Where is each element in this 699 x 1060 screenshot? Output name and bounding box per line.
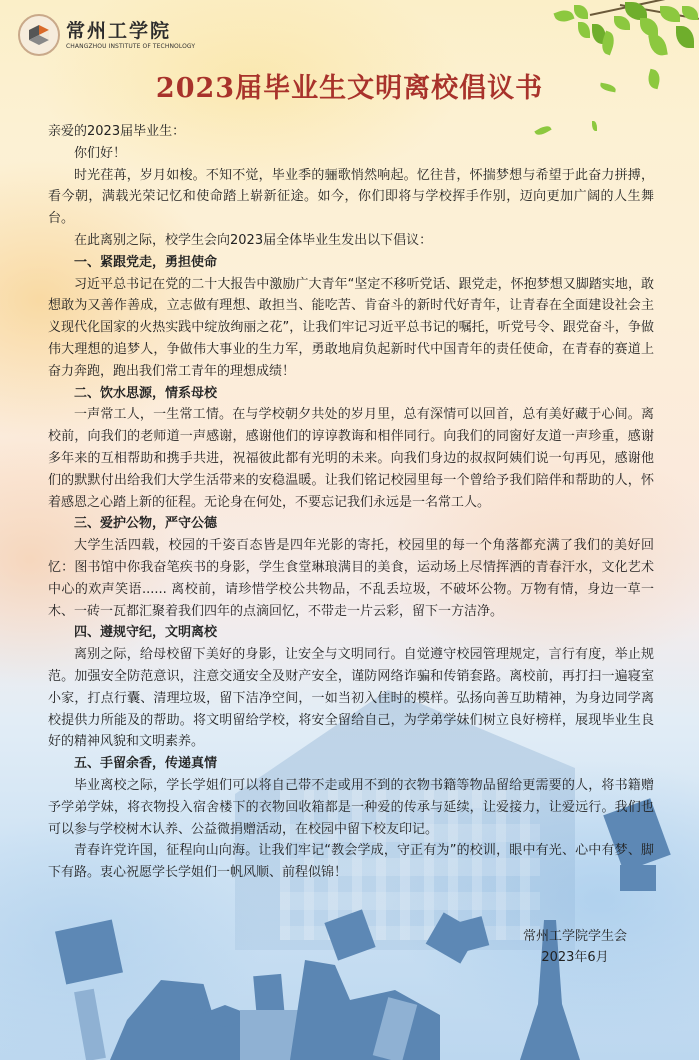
intro-paragraph: 时光荏苒，岁月如梭。不知不觉，毕业季的骊歌悄然响起。忆往昔，怀揣梦想与希望于此奋…	[48, 165, 654, 230]
section-body: 大学生活四载，校园的千姿百态皆是四年光影的寄托，校园里的每一个角落都充满了我们的…	[48, 535, 654, 622]
school-logo: 常州工学院 CHANGZHOU INSTITUTE OF TECHNOLOGY	[18, 14, 195, 56]
school-name-en: CHANGZHOU INSTITUTE OF TECHNOLOGY	[66, 42, 195, 51]
section-body: 习近平总书记在党的二十大报告中激励广大青年“坚定不移听党话、跟党走，怀抱梦想又脚…	[48, 274, 654, 383]
section-body: 离别之际，给母校留下美好的身影，让安全与文明同行。自觉遵守校园管理规定，言行有度…	[48, 644, 654, 753]
salutation: 亲爱的2023届毕业生：	[48, 121, 654, 143]
section-body: 一声常工人，一生常工情。在与学校朝夕共处的岁月里，总有深情可以回首，总有美好藏于…	[48, 404, 654, 513]
closing-paragraph: 青春许党许国，征程向山向海。让我们牢记“教会学成，守正有为”的校训，眼中有光、心…	[48, 840, 654, 884]
letter-body: 亲爱的2023届毕业生： 你们好！ 时光荏苒，岁月如梭。不知不觉，毕业季的骊歌悄…	[48, 121, 654, 884]
school-emblem-icon	[18, 14, 60, 56]
section-heading: 五、手留余香，传递真情	[48, 753, 654, 775]
signature-block: 常州工学院学生会 2023年6月	[500, 926, 650, 968]
section-heading: 二、饮水思源，情系母校	[48, 383, 654, 405]
page-title: 2023届毕业生文明离校倡议书	[0, 66, 699, 105]
section-heading: 四、遵规守纪，文明离校	[48, 622, 654, 644]
section-heading: 一、紧跟党走，勇担使命	[48, 252, 654, 274]
section-heading: 三、爱护公物，严守公德	[48, 513, 654, 535]
greeting: 你们好！	[48, 143, 654, 165]
section-body: 毕业离校之际，学长学姐们可以将自己带不走或用不到的衣物书籍等物品留给更需要的人，…	[48, 775, 654, 840]
lead-paragraph: 在此离别之际，校学生会向2023届全体毕业生发出以下倡议：	[48, 230, 654, 252]
signature-org: 常州工学院学生会	[500, 926, 650, 947]
school-name-cn: 常州工学院	[66, 20, 195, 42]
signature-date: 2023年6月	[500, 947, 650, 968]
